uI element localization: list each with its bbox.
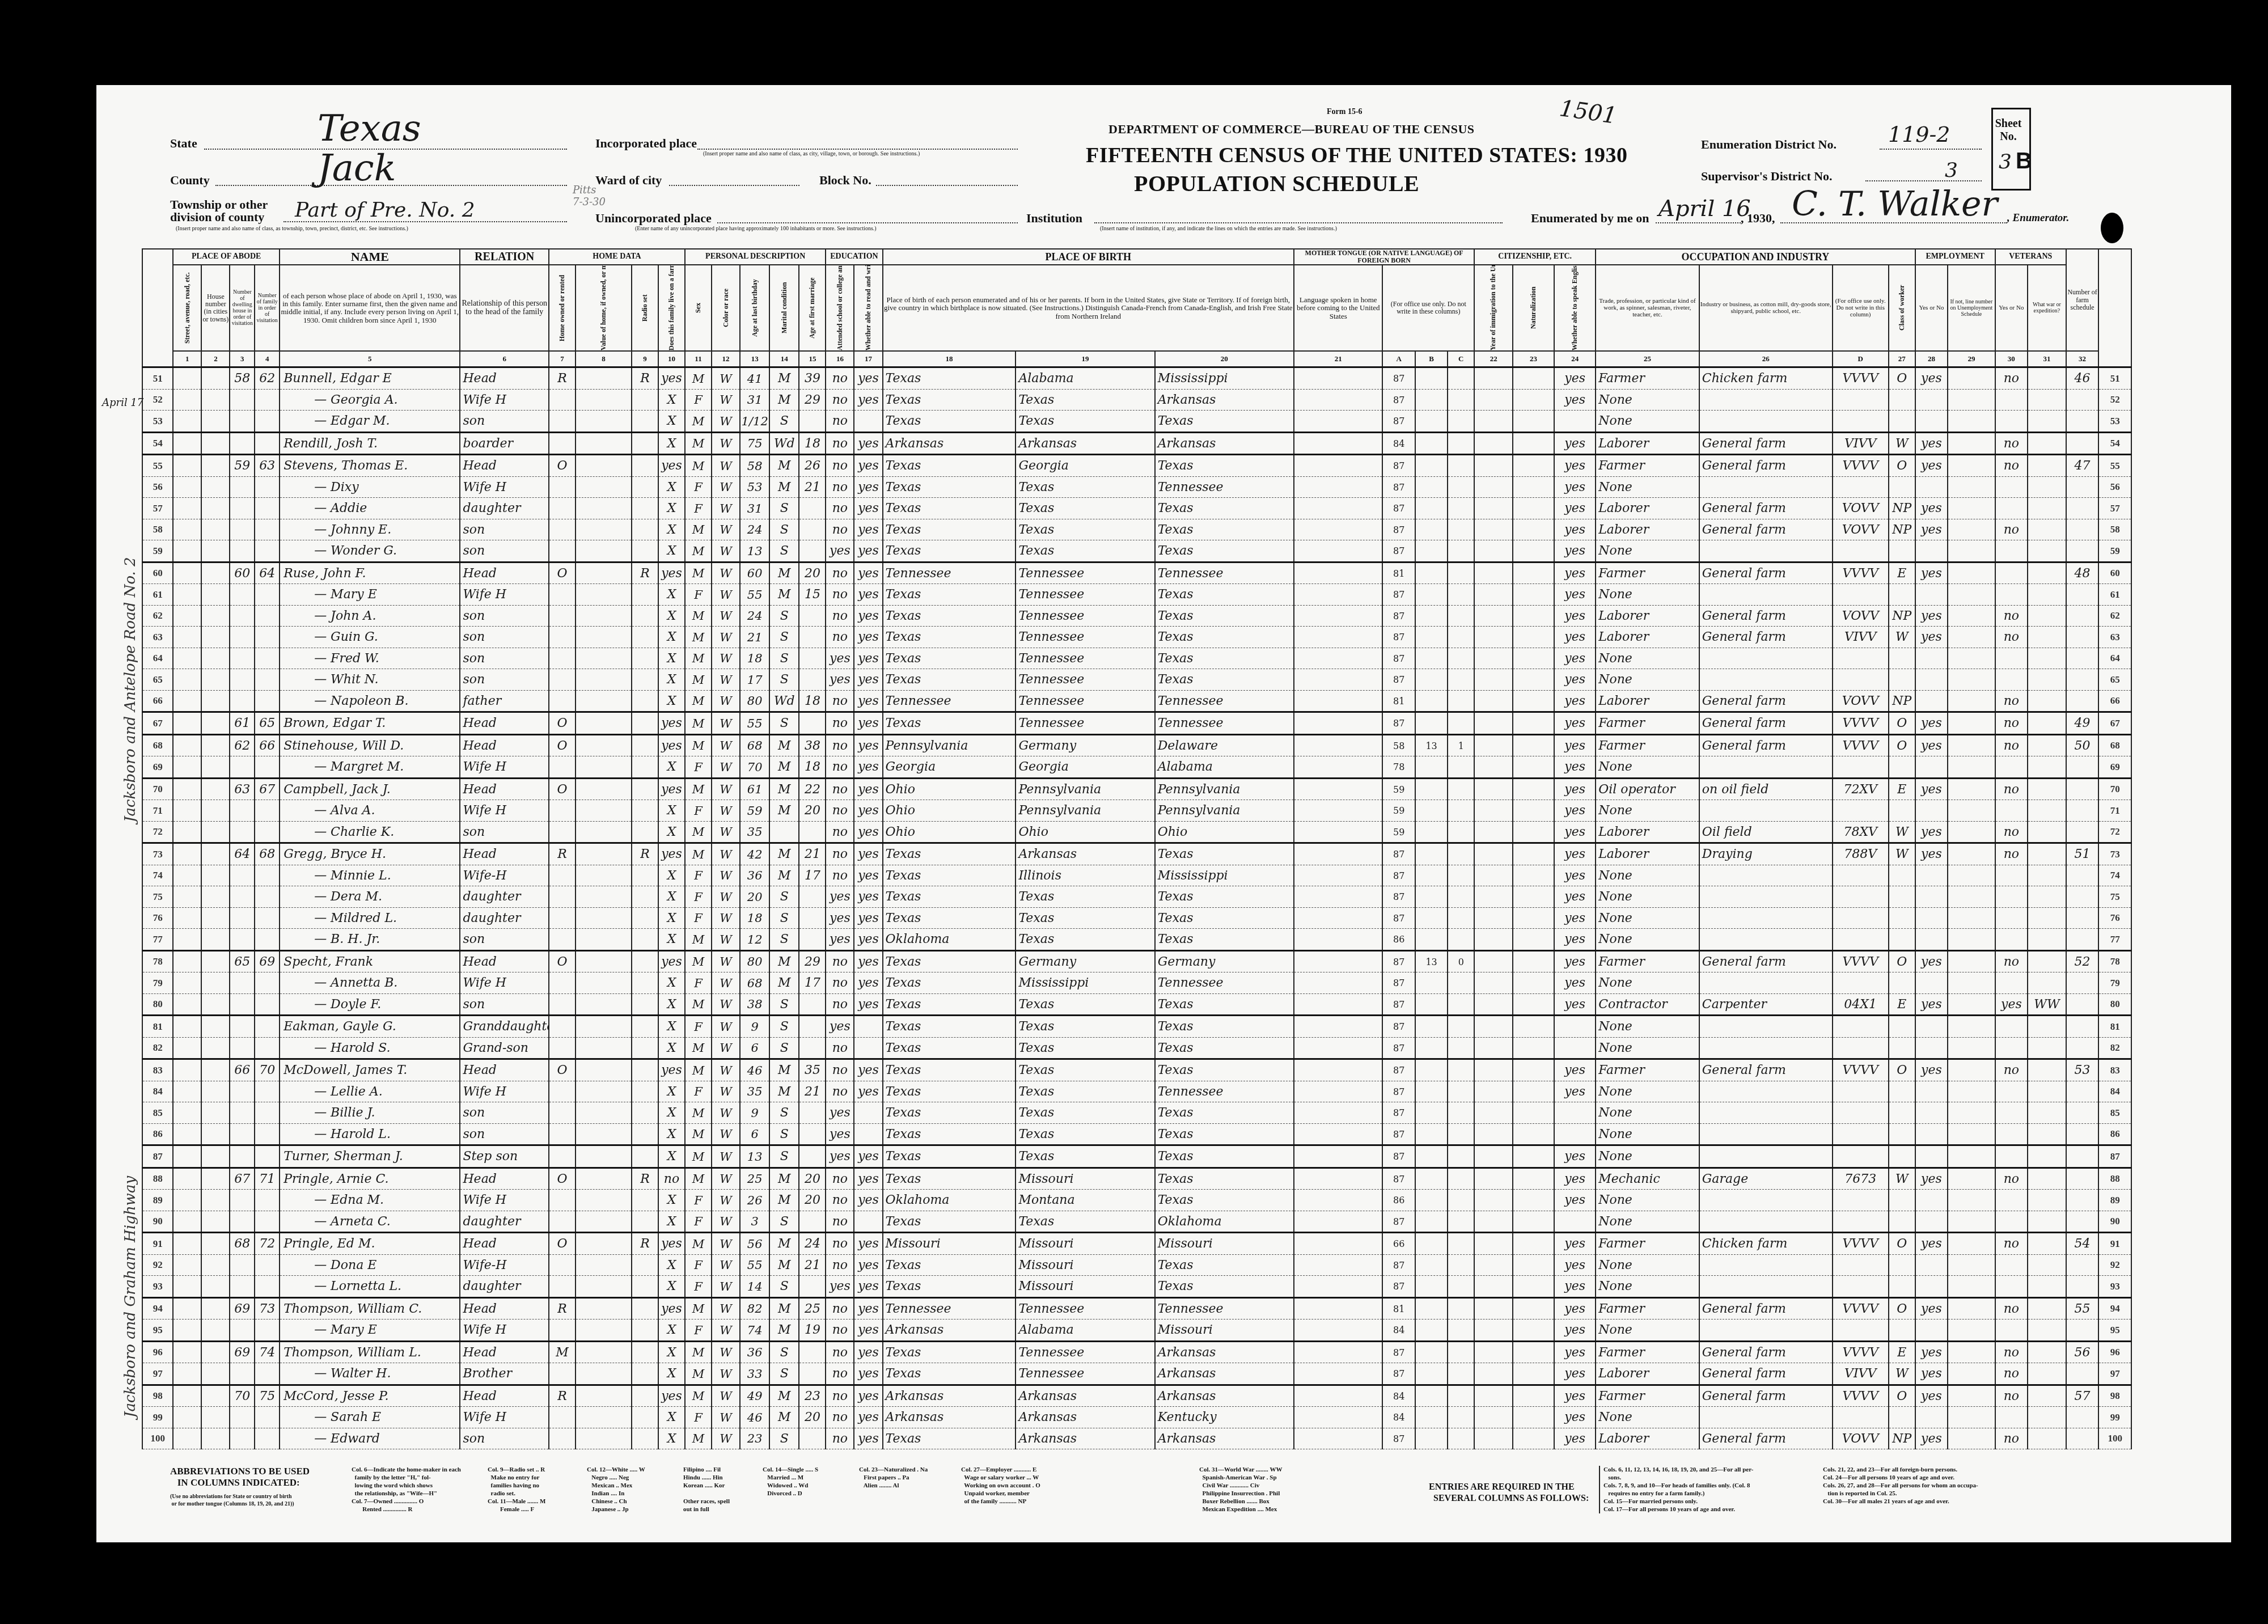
occupation-code-cell bbox=[1833, 907, 1889, 929]
birthplace-person-cell: Texas bbox=[883, 498, 1016, 519]
at-work-cell: yes bbox=[1915, 367, 1948, 390]
line-number-right: 72 bbox=[2098, 821, 2131, 843]
war-cell bbox=[2028, 972, 2066, 994]
radio-cell bbox=[632, 627, 658, 648]
at-work-cell: yes bbox=[1915, 712, 1948, 735]
home-value-cell bbox=[576, 950, 632, 972]
dwelling-number-cell bbox=[230, 1123, 255, 1145]
farm-cell: X bbox=[658, 648, 685, 669]
dwelling-number-cell bbox=[230, 411, 255, 433]
code-nativity-cell bbox=[1448, 411, 1474, 433]
read-write-cell: yes bbox=[854, 1081, 882, 1102]
code-nativity-cell bbox=[1448, 669, 1474, 691]
house-number-cell bbox=[201, 455, 230, 477]
farm-schedule-cell bbox=[2066, 540, 2098, 563]
unemployment-line-cell bbox=[1948, 1102, 1995, 1124]
home-value-cell bbox=[576, 669, 632, 691]
farm-schedule-cell bbox=[2066, 929, 2098, 951]
home-owned-cell: O bbox=[549, 712, 576, 735]
table-row: 81Eakman, Gayle G.GranddaughterXFW9SyesT… bbox=[142, 1016, 2131, 1038]
occupation-code-cell bbox=[1833, 1102, 1889, 1124]
age-first-marriage-cell bbox=[799, 1211, 826, 1233]
block-field[interactable] bbox=[876, 185, 1018, 186]
class-of-worker-cell: NP bbox=[1889, 498, 1915, 519]
language-cell bbox=[1294, 929, 1383, 951]
house-number-cell bbox=[201, 1233, 230, 1255]
line-number: 75 bbox=[142, 886, 173, 908]
immigration-year-cell bbox=[1474, 1254, 1513, 1276]
relation-cell: daughter bbox=[460, 1211, 549, 1233]
naturalization-cell bbox=[1513, 865, 1554, 886]
war-cell bbox=[2028, 1059, 2066, 1081]
street-cell bbox=[173, 584, 201, 606]
person-name-cell: — Wonder G. bbox=[280, 540, 460, 563]
home-value-cell bbox=[576, 584, 632, 606]
line-number-right: 53 bbox=[2098, 411, 2131, 433]
home-value-cell bbox=[576, 734, 632, 756]
incorporated-field[interactable] bbox=[697, 149, 1018, 150]
school-cell: no bbox=[826, 1385, 854, 1407]
code-state-cell: 87 bbox=[1382, 1059, 1415, 1081]
speak-english-cell: yes bbox=[1554, 605, 1596, 627]
line-number-right: 54 bbox=[2098, 432, 2131, 455]
war-cell bbox=[2028, 584, 2066, 606]
age-cell: 18 bbox=[740, 648, 769, 669]
person-name-cell: Specht, Frank bbox=[280, 950, 460, 972]
at-work-cell: yes bbox=[1915, 1059, 1948, 1081]
table-row: 946973Thompson, William C.HeadRyesMW82M2… bbox=[142, 1297, 2131, 1319]
home-owned-cell bbox=[549, 1407, 576, 1428]
line-number-right: 94 bbox=[2098, 1297, 2131, 1319]
unemployment-line-cell bbox=[1948, 1145, 1995, 1168]
birthplace-father-cell: Tennessee bbox=[1015, 690, 1154, 712]
street-cell bbox=[173, 1407, 201, 1428]
house-number-cell bbox=[201, 1211, 230, 1233]
unincorporated-field[interactable] bbox=[717, 222, 1018, 223]
table-row: 916872Pringle, Ed M.HeadORyesMW56M24noye… bbox=[142, 1233, 2131, 1255]
line-number-right: 90 bbox=[2098, 1211, 2131, 1233]
radio-cell bbox=[632, 1254, 658, 1276]
col-9-radio: Radio set bbox=[632, 265, 658, 351]
farm-schedule-cell bbox=[2066, 1211, 2098, 1233]
at-work-cell: yes bbox=[1915, 1297, 1948, 1319]
dwelling-number-cell bbox=[230, 1016, 255, 1038]
family-number-cell bbox=[255, 411, 280, 433]
farm-cell: X bbox=[658, 929, 685, 951]
immigration-year-cell bbox=[1474, 756, 1513, 779]
naturalization-cell bbox=[1513, 455, 1554, 477]
footer-col14: Col. 14—Single ..... S Married ... M Wid… bbox=[763, 1466, 818, 1498]
at-work-cell bbox=[1915, 1123, 1948, 1145]
line-number-right: 76 bbox=[2098, 907, 2131, 929]
column-number: 8 bbox=[576, 351, 632, 367]
family-number-cell bbox=[255, 498, 280, 519]
marital-cell: M bbox=[769, 778, 799, 800]
code-country-cell bbox=[1415, 1276, 1448, 1298]
birthplace-father-cell: Texas bbox=[1015, 907, 1154, 929]
person-name-cell: — John A. bbox=[280, 605, 460, 627]
read-write-cell: yes bbox=[854, 929, 882, 951]
at-work-cell bbox=[1915, 669, 1948, 691]
birthplace-person-cell: Texas bbox=[883, 1123, 1016, 1145]
home-owned-cell bbox=[549, 1016, 576, 1038]
col-24-speak-english: Whether able to speak English bbox=[1554, 265, 1596, 351]
class-of-worker-cell bbox=[1889, 1407, 1915, 1428]
class-of-worker-cell bbox=[1889, 1037, 1915, 1059]
supervisor-field[interactable] bbox=[1865, 180, 1982, 181]
enumerator-name: C. T. Walker bbox=[1792, 184, 1998, 224]
industry-cell: General farm bbox=[1699, 1297, 1833, 1319]
home-owned-cell bbox=[549, 1081, 576, 1102]
code-nativity-cell bbox=[1448, 1254, 1474, 1276]
institution-field[interactable] bbox=[1094, 222, 1503, 223]
occupation-code-cell: VOVV bbox=[1833, 498, 1889, 519]
code-country-cell bbox=[1415, 1385, 1448, 1407]
dwelling-number-cell bbox=[230, 498, 255, 519]
war-cell bbox=[2028, 605, 2066, 627]
table-row: 58— Johnny E.sonXMW24SnoyesTexasTexasTex… bbox=[142, 519, 2131, 540]
age-cell: 70 bbox=[740, 756, 769, 779]
code-country-cell bbox=[1415, 1168, 1448, 1190]
person-name-cell: — Minnie L. bbox=[280, 865, 460, 886]
enum-district-field[interactable] bbox=[1880, 149, 1982, 150]
read-write-cell: yes bbox=[854, 756, 882, 779]
language-cell bbox=[1294, 690, 1383, 712]
home-owned-cell: O bbox=[549, 455, 576, 477]
street-cell bbox=[173, 519, 201, 540]
line-number-right: 91 bbox=[2098, 1233, 2131, 1255]
farm-schedule-cell bbox=[2066, 584, 2098, 606]
dwelling-number-cell bbox=[230, 1037, 255, 1059]
language-cell bbox=[1294, 778, 1383, 800]
radio-cell bbox=[632, 1276, 658, 1298]
immigration-year-cell bbox=[1474, 432, 1513, 455]
birthplace-father-cell: Texas bbox=[1015, 1059, 1154, 1081]
ward-field[interactable] bbox=[669, 185, 799, 186]
war-cell bbox=[2028, 476, 2066, 498]
naturalization-cell bbox=[1513, 1168, 1554, 1190]
relation-cell: Head bbox=[460, 1297, 549, 1319]
race-cell: W bbox=[712, 1407, 740, 1428]
birthplace-mother-cell: Arkansas bbox=[1155, 389, 1294, 411]
line-number-right: 65 bbox=[2098, 669, 2131, 691]
naturalization-cell bbox=[1513, 605, 1554, 627]
unemployment-line-cell bbox=[1948, 1081, 1995, 1102]
col-13-age: Age at last birthday bbox=[740, 265, 769, 351]
sex-cell: M bbox=[685, 627, 712, 648]
table-row: 63— Guin G.sonXMW21SnoyesTexasTennesseeT… bbox=[142, 627, 2131, 648]
age-cell: 35 bbox=[740, 821, 769, 843]
relation-cell: son bbox=[460, 648, 549, 669]
family-number-cell bbox=[255, 1145, 280, 1168]
war-cell bbox=[2028, 929, 2066, 951]
industry-cell: General farm bbox=[1699, 950, 1833, 972]
house-number-cell bbox=[201, 1297, 230, 1319]
birthplace-father-cell: Texas bbox=[1015, 929, 1154, 951]
house-number-cell bbox=[201, 1059, 230, 1081]
unemployment-line-cell bbox=[1948, 1233, 1995, 1255]
home-owned-cell bbox=[549, 1428, 576, 1449]
read-write-cell: yes bbox=[854, 367, 882, 390]
group-place-of-birth: PLACE OF BIRTH bbox=[883, 249, 1294, 265]
col-15-age-first-marriage: Age at first marriage bbox=[799, 265, 826, 351]
footer-col23: Col. 23—Naturalized . Na First papers ..… bbox=[859, 1466, 928, 1490]
read-write-cell bbox=[854, 1123, 882, 1145]
incorporated-instructions: (Insert proper name and also name of cla… bbox=[703, 151, 920, 157]
school-cell: no bbox=[826, 1319, 854, 1342]
line-number: 80 bbox=[142, 993, 173, 1016]
line-number: 62 bbox=[142, 605, 173, 627]
family-number-cell: 75 bbox=[255, 1385, 280, 1407]
home-owned-cell bbox=[549, 519, 576, 540]
naturalization-cell bbox=[1513, 389, 1554, 411]
line-number: 74 bbox=[142, 865, 173, 886]
language-cell bbox=[1294, 1407, 1383, 1428]
home-owned-cell bbox=[549, 993, 576, 1016]
occupation-cell: None bbox=[1596, 1276, 1699, 1298]
department-title: DEPARTMENT OF COMMERCE—BUREAU OF THE CEN… bbox=[1108, 122, 1475, 137]
sheet-letter: B bbox=[2016, 149, 2032, 174]
farm-cell: X bbox=[658, 865, 685, 886]
home-owned-cell: M bbox=[549, 1341, 576, 1363]
line-number-right: 79 bbox=[2098, 972, 2131, 994]
table-row: 57— AddiedaughterXFW31SnoyesTexasTexasTe… bbox=[142, 498, 2131, 519]
code-state-cell: 87 bbox=[1382, 1211, 1415, 1233]
line-number: 86 bbox=[142, 1123, 173, 1145]
street-cell bbox=[173, 929, 201, 951]
birthplace-father-cell: Germany bbox=[1015, 734, 1154, 756]
sheet-label: Sheet No. bbox=[1991, 117, 2025, 143]
occupation-cell: None bbox=[1596, 1016, 1699, 1038]
state-label: State bbox=[170, 136, 197, 151]
speak-english-cell: yes bbox=[1554, 843, 1596, 865]
industry-cell: Oil field bbox=[1699, 821, 1833, 843]
veteran-cell: no bbox=[1995, 1233, 2028, 1255]
age-first-marriage-cell: 17 bbox=[799, 865, 826, 886]
house-number-cell bbox=[201, 778, 230, 800]
occupation-cell: Laborer bbox=[1596, 1363, 1699, 1385]
radio-cell bbox=[632, 1016, 658, 1038]
birthplace-mother-cell: Texas bbox=[1155, 648, 1294, 669]
read-write-cell bbox=[854, 411, 882, 433]
race-cell: W bbox=[712, 778, 740, 800]
code-state-cell: 87 bbox=[1382, 865, 1415, 886]
house-number-cell bbox=[201, 1341, 230, 1363]
sex-cell: M bbox=[685, 1297, 712, 1319]
home-owned-cell bbox=[549, 476, 576, 498]
industry-cell bbox=[1699, 1016, 1833, 1038]
dwelling-number-cell bbox=[230, 865, 255, 886]
read-write-cell: yes bbox=[854, 669, 882, 691]
county-value: Jack bbox=[318, 147, 396, 189]
code-country-cell bbox=[1415, 1297, 1448, 1319]
relation-cell: daughter bbox=[460, 498, 549, 519]
age-cell: 68 bbox=[740, 972, 769, 994]
radio-cell bbox=[632, 886, 658, 908]
language-cell bbox=[1294, 1081, 1383, 1102]
school-cell: no bbox=[826, 584, 854, 606]
relation-cell: Head bbox=[460, 1233, 549, 1255]
code-country-cell bbox=[1415, 605, 1448, 627]
war-cell bbox=[2028, 778, 2066, 800]
column-numbers-row: 123456789101112131415161718192021ABC2223… bbox=[142, 351, 2131, 367]
dwelling-number-cell: 58 bbox=[230, 367, 255, 390]
home-owned-cell bbox=[549, 669, 576, 691]
war-cell bbox=[2028, 519, 2066, 540]
person-name-cell: — Dixy bbox=[280, 476, 460, 498]
street-cell bbox=[173, 1428, 201, 1449]
industry-cell bbox=[1699, 1123, 1833, 1145]
class-of-worker-cell bbox=[1889, 1276, 1915, 1298]
table-row: 64— Fred W.sonXMW18SyesyesTexasTennessee… bbox=[142, 648, 2131, 669]
table-row: 99— Sarah EWife HXFW46M20noyesArkansasAr… bbox=[142, 1407, 2131, 1428]
marital-cell: M bbox=[769, 389, 799, 411]
speak-english-cell: yes bbox=[1554, 498, 1596, 519]
group-mother-tongue: MOTHER TONGUE (OR NATIVE LANGUAGE) OF FO… bbox=[1294, 249, 1474, 265]
street-cell bbox=[173, 756, 201, 779]
relation-cell: Head bbox=[460, 1385, 549, 1407]
birthplace-person-cell: Texas bbox=[883, 1081, 1016, 1102]
birthplace-mother-cell: Arkansas bbox=[1155, 1428, 1294, 1449]
occupation-code-cell bbox=[1833, 669, 1889, 691]
unemployment-line-cell bbox=[1948, 778, 1995, 800]
race-cell: W bbox=[712, 821, 740, 843]
code-state-cell: 84 bbox=[1382, 1385, 1415, 1407]
unemployment-line-cell bbox=[1948, 411, 1995, 433]
birthplace-father-cell: Arkansas bbox=[1015, 1407, 1154, 1428]
age-cell: 17 bbox=[740, 669, 769, 691]
veteran-cell: no bbox=[1995, 605, 2028, 627]
code-country-cell bbox=[1415, 800, 1448, 822]
occupation-cell: Farmer bbox=[1596, 1297, 1699, 1319]
home-owned-cell: O bbox=[549, 562, 576, 584]
read-write-cell: yes bbox=[854, 540, 882, 563]
birthplace-father-cell: Pennsylvania bbox=[1015, 800, 1154, 822]
home-owned-cell: R bbox=[549, 367, 576, 390]
industry-cell bbox=[1699, 865, 1833, 886]
at-work-cell: yes bbox=[1915, 1385, 1948, 1407]
veteran-cell bbox=[1995, 476, 2028, 498]
birthplace-person-cell: Texas bbox=[883, 1016, 1016, 1038]
radio-cell bbox=[632, 972, 658, 994]
race-cell: W bbox=[712, 1428, 740, 1449]
age-first-marriage-cell: 18 bbox=[799, 690, 826, 712]
school-cell: yes bbox=[826, 648, 854, 669]
street-cell bbox=[173, 1297, 201, 1319]
dwelling-number-cell: 65 bbox=[230, 950, 255, 972]
line-number-right: 74 bbox=[2098, 865, 2131, 886]
speak-english-cell: yes bbox=[1554, 886, 1596, 908]
birthplace-father-cell: Texas bbox=[1015, 519, 1154, 540]
industry-cell bbox=[1699, 1145, 1833, 1168]
unemployment-line-cell bbox=[1948, 1276, 1995, 1298]
at-work-cell: yes bbox=[1915, 605, 1948, 627]
farm-cell: X bbox=[658, 1407, 685, 1428]
class-of-worker-cell bbox=[1889, 648, 1915, 669]
table-row: 100— EdwardsonXMW23SnoyesTexasArkansasAr… bbox=[142, 1428, 2131, 1449]
occupation-code-cell: VVVV bbox=[1833, 455, 1889, 477]
marital-cell: M bbox=[769, 455, 799, 477]
age-first-marriage-cell bbox=[799, 907, 826, 929]
at-work-cell bbox=[1915, 1102, 1948, 1124]
immigration-year-cell bbox=[1474, 1407, 1513, 1428]
occupation-cell: None bbox=[1596, 1037, 1699, 1059]
person-name-cell: — Billie J. bbox=[280, 1102, 460, 1124]
language-cell bbox=[1294, 476, 1383, 498]
sex-cell: M bbox=[685, 929, 712, 951]
township-label: Township or other division of county bbox=[170, 198, 283, 223]
line-number: 87 bbox=[142, 1145, 173, 1168]
class-of-worker-cell bbox=[1889, 1319, 1915, 1342]
immigration-year-cell bbox=[1474, 1297, 1513, 1319]
veteran-cell bbox=[1995, 886, 2028, 908]
family-number-cell bbox=[255, 584, 280, 606]
occupation-cell: None bbox=[1596, 929, 1699, 951]
class-of-worker-cell bbox=[1889, 800, 1915, 822]
home-owned-cell bbox=[549, 1037, 576, 1059]
age-first-marriage-cell bbox=[799, 821, 826, 843]
abbreviations-title: ABBREVIATIONS TO BE USED IN COLUMNS INDI… bbox=[170, 1466, 310, 1488]
family-number-cell bbox=[255, 1123, 280, 1145]
home-value-cell bbox=[576, 1428, 632, 1449]
sex-cell: M bbox=[685, 993, 712, 1016]
table-row: 79— Annetta B.Wife HXFW68M17noyesTexasMi… bbox=[142, 972, 2131, 994]
farm-cell: X bbox=[658, 1254, 685, 1276]
language-cell bbox=[1294, 1037, 1383, 1059]
school-cell: no bbox=[826, 1233, 854, 1255]
abbreviations-footer: ABBREVIATIONS TO BE USED IN COLUMNS INDI… bbox=[170, 1466, 2126, 1534]
line-number-right: 98 bbox=[2098, 1385, 2131, 1407]
speak-english-cell bbox=[1554, 411, 1596, 433]
farm-schedule-cell bbox=[2066, 907, 2098, 929]
code-state-cell: 84 bbox=[1382, 1319, 1415, 1342]
sex-cell: F bbox=[685, 1190, 712, 1211]
table-row: 836670McDowell, James T.HeadOyesMW46M35n… bbox=[142, 1059, 2131, 1081]
dwelling-number-cell bbox=[230, 540, 255, 563]
birthplace-person-cell: Texas bbox=[883, 1145, 1016, 1168]
race-cell: W bbox=[712, 1102, 740, 1124]
street-cell bbox=[173, 389, 201, 411]
occupation-code-cell: VVVV bbox=[1833, 1341, 1889, 1363]
code-country-cell bbox=[1415, 432, 1448, 455]
table-row: 56— DixyWife HXFW53M21noyesTexasTexasTen… bbox=[142, 476, 2131, 498]
family-number-cell bbox=[255, 476, 280, 498]
speak-english-cell: yes bbox=[1554, 756, 1596, 779]
person-name-cell: — Guin G. bbox=[280, 627, 460, 648]
enumerated-date-field[interactable] bbox=[1656, 222, 1741, 223]
street-cell bbox=[173, 690, 201, 712]
house-number-cell bbox=[201, 843, 230, 865]
code-nativity-cell bbox=[1448, 1385, 1474, 1407]
occupation-code-cell bbox=[1833, 1037, 1889, 1059]
school-cell: no bbox=[826, 1428, 854, 1449]
relation-cell: Wife H bbox=[460, 1081, 549, 1102]
farm-cell: X bbox=[658, 1211, 685, 1233]
code-state-cell: 87 bbox=[1382, 1081, 1415, 1102]
home-owned-cell bbox=[549, 1276, 576, 1298]
family-number-cell bbox=[255, 1428, 280, 1449]
home-value-cell bbox=[576, 1190, 632, 1211]
unemployment-line-cell bbox=[1948, 1037, 1995, 1059]
immigration-year-cell bbox=[1474, 734, 1513, 756]
marital-cell: M bbox=[769, 1190, 799, 1211]
school-cell: yes bbox=[826, 886, 854, 908]
family-number-cell bbox=[255, 519, 280, 540]
age-first-marriage-cell: 20 bbox=[799, 562, 826, 584]
home-owned-cell bbox=[549, 432, 576, 455]
dwelling-number-cell bbox=[230, 800, 255, 822]
person-name-cell: — Walter H. bbox=[280, 1363, 460, 1385]
